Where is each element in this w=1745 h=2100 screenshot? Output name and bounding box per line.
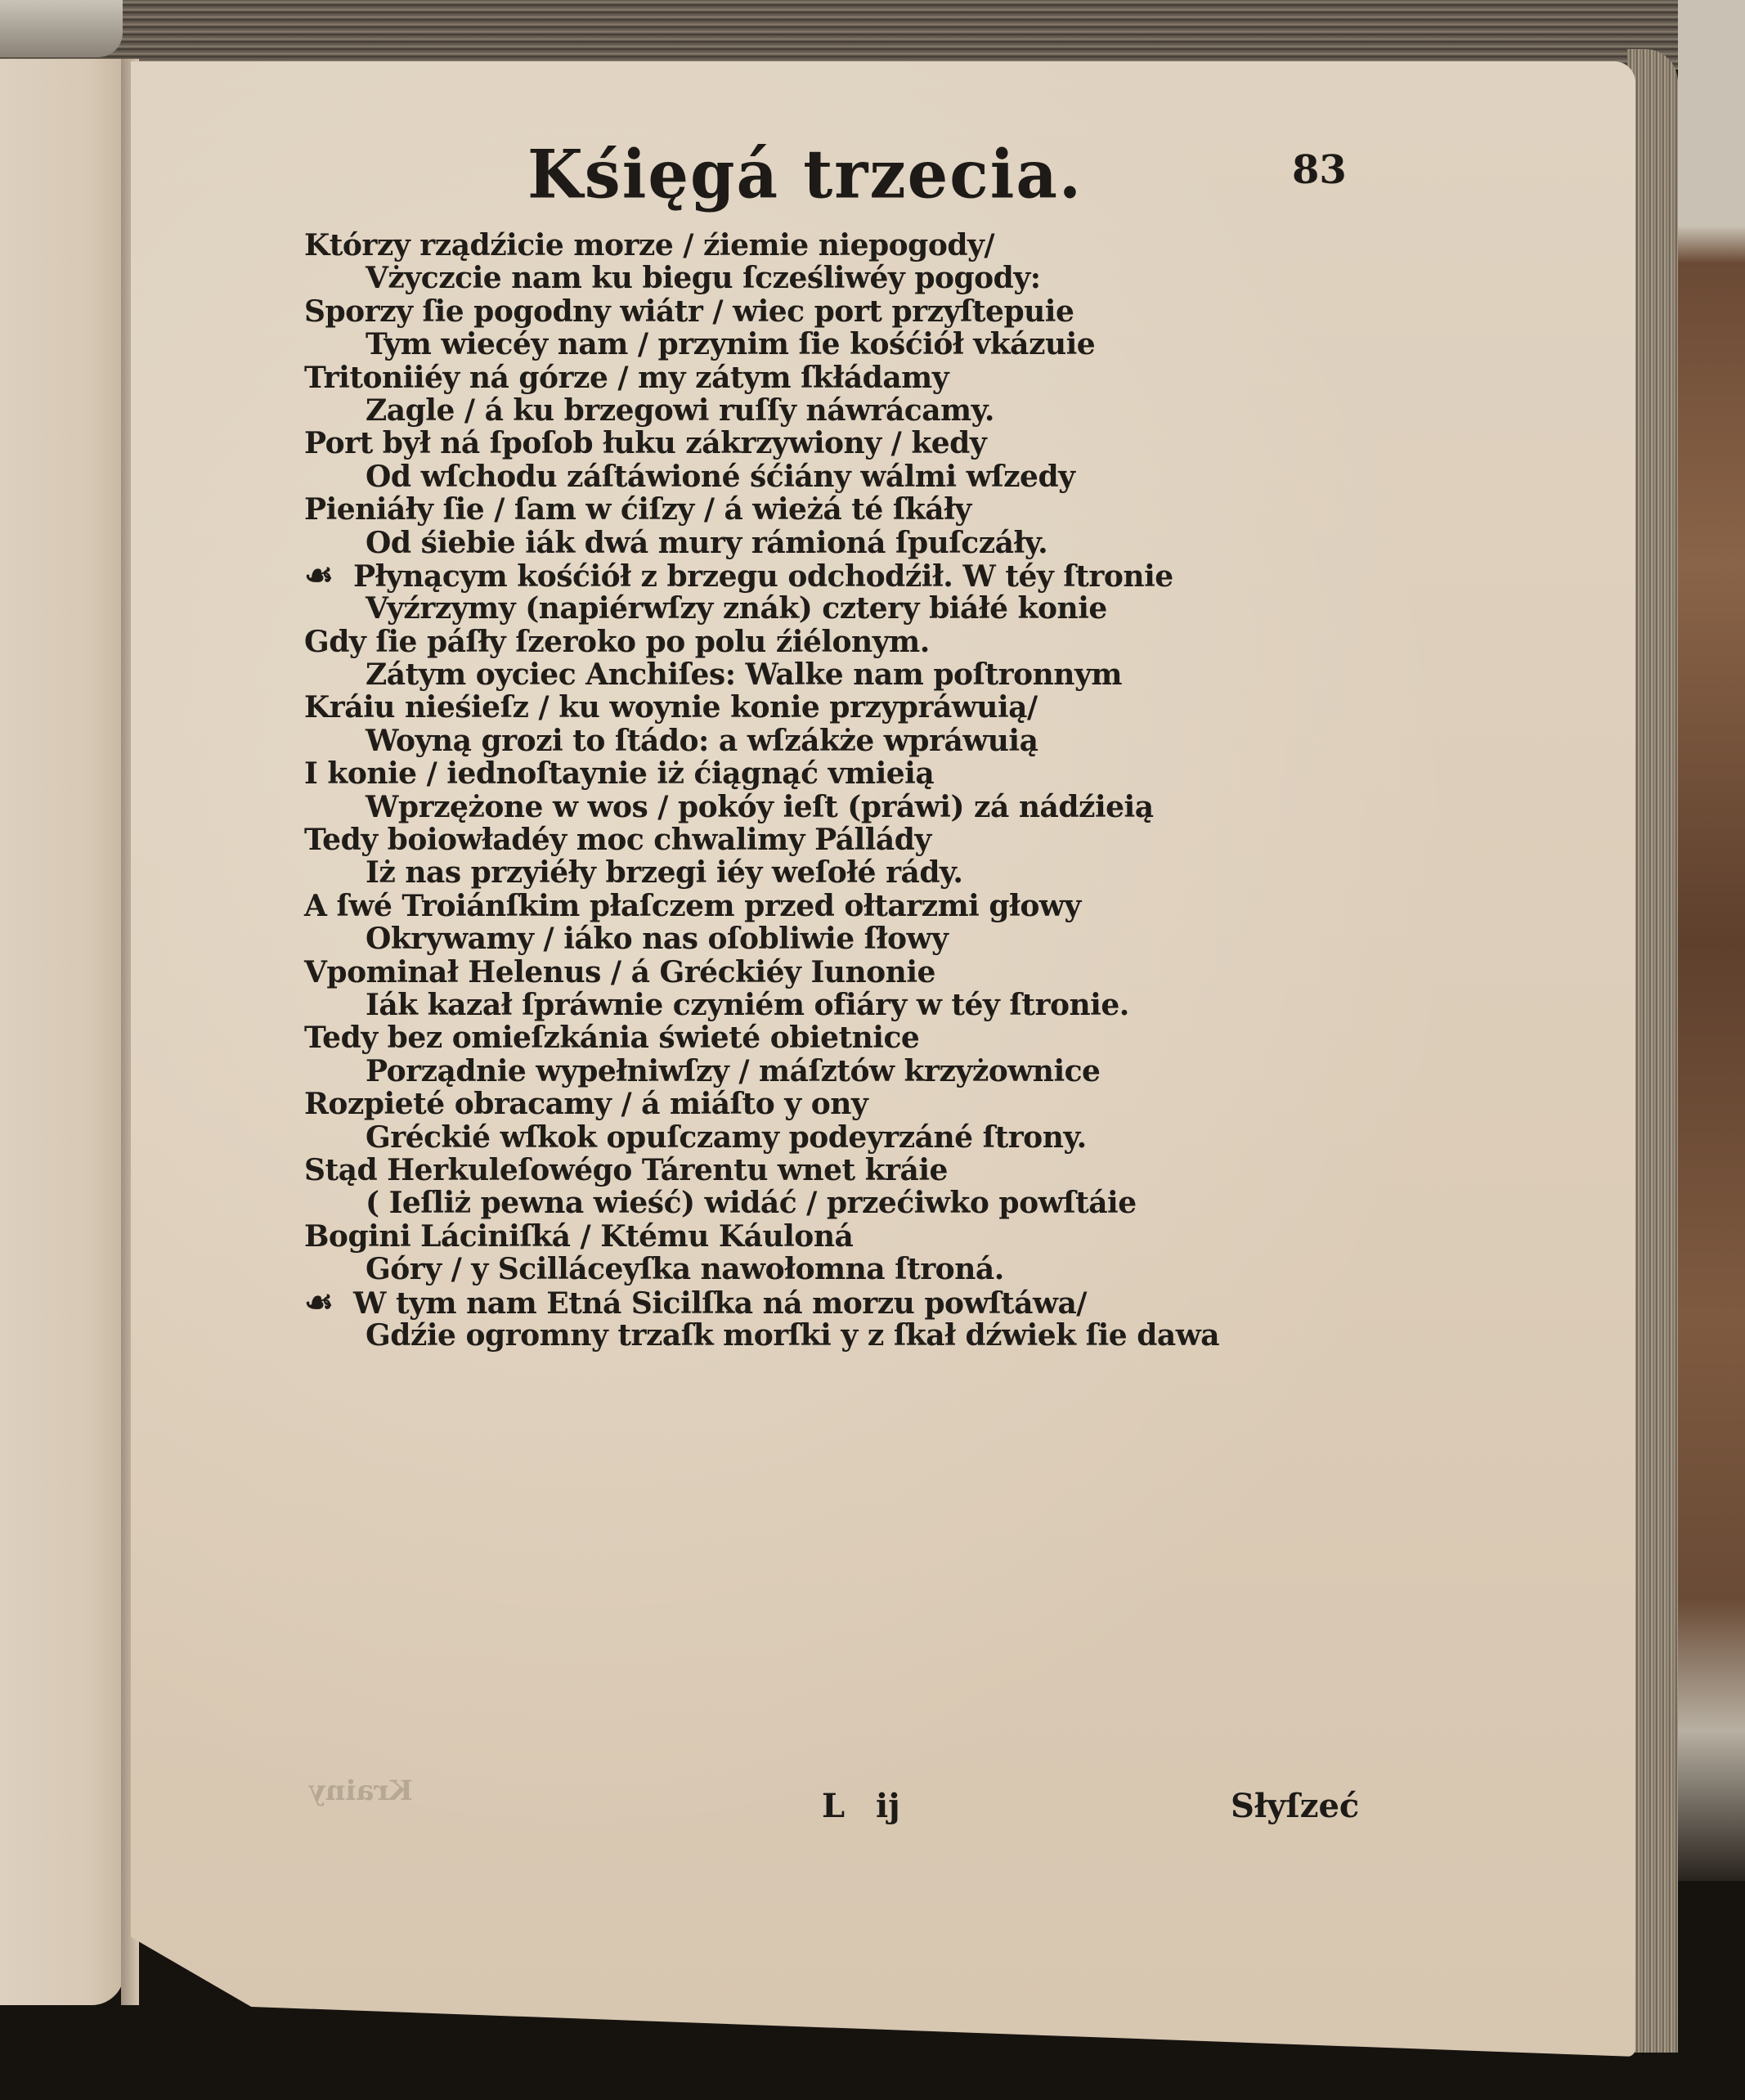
verse-line: Tedy bez omieſzkánia świeté obietnice (304, 1021, 1498, 1054)
book-top-edge (0, 0, 1745, 70)
verse-line: Vpominał Helenus / á Gréckiéy Iunonie (304, 956, 1498, 989)
verse-line: Którzy rządźicie morze / źiemie niepogod… (304, 229, 1498, 262)
show-through-text: Krainy (309, 1775, 413, 1807)
verse-line-text: Vżyczcie nam ku biegu ſcześliwéy pogody: (366, 261, 1041, 295)
verse-line: Zagle / á ku brzegowi ruſſy náwrácamy. (304, 394, 1498, 427)
verse-line-text: Zagle / á ku brzegowi ruſſy náwrácamy. (366, 393, 994, 428)
verse-line-text: Stąd Herkuleſowégo Tárentu wnet kráie (304, 1153, 948, 1187)
verse-line: Kráiu nieśieſz / ku woynie konie przyprá… (304, 691, 1498, 724)
verse-line-text: Od wſchodu záſtáwioné śćiány wálmi wſzed… (366, 460, 1075, 494)
verse-line-text: ( Ieſliż pewna wieść) widáć / przećiwko … (366, 1186, 1137, 1220)
verse-line-text: Kráiu nieśieſz / ku woynie konie przyprá… (304, 690, 1038, 725)
verse-line-text: Port był ná ſpoſob łuku zákrzywiony / ke… (304, 426, 986, 460)
verse-line-text: Sporzy ſie pogodny wiátr / wiec port prz… (304, 294, 1074, 329)
pilcrow-icon: ☙ (304, 559, 353, 592)
book-top-edge-left (0, 0, 123, 57)
verse-line-text: Gdy ſie páſły ſzeroko po polu źiélonym. (304, 625, 930, 659)
verse-line-text: Vyźrzymy (napiérwſzy znák) cztery biáłé … (366, 591, 1107, 626)
verse-line: Vyźrzymy (napiérwſzy znák) cztery biáłé … (304, 592, 1498, 625)
verse-line: Iák kazał ſpráwnie czyniém ofiáry w téy … (304, 989, 1498, 1021)
verse-line-text: Tym wiecéy nam / przynim ſie kośćiół vká… (366, 327, 1095, 361)
verse-line: Gdy ſie páſły ſzeroko po polu źiélonym. (304, 626, 1498, 658)
verse-line: Pieniáły ſie / ſam w ćiſzy / á wieżá té … (304, 493, 1498, 526)
page-number: 83 (1292, 147, 1347, 193)
verse-line: Sporzy ſie pogodny wiátr / wiec port prz… (304, 295, 1498, 328)
verse-line-text: Tedy boiowładéy moc chwalimy Pállády (304, 823, 931, 857)
verse-line: Od śiebie iák dwá mury rámioná ſpuſczáły… (304, 527, 1498, 559)
verse-line: ( Ieſliż pewna wieść) widáć / przećiwko … (304, 1187, 1498, 1219)
verse-line-text: A ſwé Troiánſkim płaſczem przed ołtarzmi… (304, 889, 1081, 923)
verse-line-text: Tedy bez omieſzkánia świeté obietnice (304, 1021, 919, 1055)
verse-line: Wprzężone w wos / pokóy ieſt (práwi) zá … (304, 791, 1498, 823)
verse-line-text: Iż nas przyiéły brzegi iéy weſołé rády. (366, 855, 962, 890)
verse-line: ☙Płynącym kośćiół z brzegu odchodźił. W … (304, 559, 1498, 592)
verse-line: Iż nas przyiéły brzegi iéy weſołé rády. (304, 856, 1498, 889)
verse-line: Rozpieté obracamy / á miáſto y ony (304, 1088, 1498, 1120)
verse-line: ☙W tym nam Etná Sicilſka ná morzu powſtá… (304, 1286, 1498, 1319)
verse-line: Gréckié wſkok opuſczamy podeyrzáné ſtron… (304, 1121, 1498, 1154)
catchword: Słyſzeć (1231, 1787, 1359, 1825)
verse-line: A ſwé Troiánſkim płaſczem przed ołtarzmi… (304, 890, 1498, 922)
verse-line-text: Gréckié wſkok opuſczamy podeyrzáné ſtron… (366, 1120, 1087, 1155)
verse-line: Od wſchodu záſtáwioné śćiány wálmi wſzed… (304, 460, 1498, 493)
verse-line: Porządnie wypełniwſzy / máſztów krzyżown… (304, 1055, 1498, 1088)
verse-line: Gdźie ogromny trzaſk morſki y z ſkał dźw… (304, 1319, 1498, 1352)
verse-line-text: Zátym oyciec Anchiſes: Walke nam poſtron… (366, 657, 1122, 692)
verse-line: Zátym oyciec Anchiſes: Walke nam poſtron… (304, 658, 1498, 691)
verse-line-text: Rozpieté obracamy / á miáſto y ony (304, 1087, 868, 1121)
signature-mark: L ij (822, 1787, 900, 1825)
verse-line: Vżyczcie nam ku biegu ſcześliwéy pogody: (304, 262, 1498, 294)
verse-line-text: Woyną grozi to ſtádo: a wſzákże wpráwuią (366, 724, 1038, 758)
verse-line: Bogini Láciniſká / Ktému Káuloná (304, 1220, 1498, 1253)
verse-line: Woyną grozi to ſtádo: a wſzákże wpráwuią (304, 725, 1498, 757)
verse-line-text: Od śiebie iák dwá mury rámioná ſpuſczáły… (366, 526, 1047, 560)
verse-line-text: Porządnie wypełniwſzy / máſztów krzyżown… (366, 1054, 1100, 1088)
book-binding (1678, 0, 1745, 1881)
verse-line: Góry / y Scilláceyſka nawołomna ſtroná. (304, 1253, 1498, 1286)
verse-line: Stąd Herkuleſowégo Tárentu wnet kráie (304, 1154, 1498, 1187)
verse-line-text: Okrywamy / iáko nas oſobliwie ſłowy (366, 922, 948, 956)
verse-line-text: Którzy rządźicie morze / źiemie niepogod… (304, 228, 994, 262)
left-facing-page (0, 59, 124, 2005)
verse-line-text: W tym nam Etná Sicilſka ná morzu powſtáw… (353, 1286, 1087, 1321)
verse-line-text: Tritoniiéy ná górze / my zátym ſkłádamy (304, 361, 949, 395)
verse-line: Tym wiecéy nam / przynim ſie kośćiół vká… (304, 328, 1498, 361)
verse-line-text: Bogini Láciniſká / Ktému Káuloná (304, 1219, 853, 1254)
verse-line-text: Pieniáły ſie / ſam w ćiſzy / á wieżá té … (304, 492, 971, 527)
verse-line: Tritoniiéy ná górze / my zátym ſkłádamy (304, 361, 1498, 394)
verse-line: Okrywamy / iáko nas oſobliwie ſłowy (304, 922, 1498, 955)
verse-line-text: Wprzężone w wos / pokóy ieſt (práwi) zá … (366, 790, 1154, 824)
verse-line: Port był ná ſpoſob łuku zákrzywiony / ke… (304, 427, 1498, 460)
verse-line-text: Gdźie ogromny trzaſk morſki y z ſkał dźw… (366, 1318, 1219, 1353)
verse-line: I konie / iednoſtaynie iż ćiągnąć vmieią (304, 757, 1498, 790)
verse-line: Tedy boiowładéy moc chwalimy Pállády (304, 823, 1498, 856)
running-head: Kśięgá trzecia. (527, 136, 1083, 214)
verse-line-text: I konie / iednoſtaynie iż ćiągnąć vmieią (304, 756, 934, 791)
verse-line-text: Vpominał Helenus / á Gréckiéy Iunonie (304, 955, 935, 989)
verse-line-text: Iák kazał ſpráwnie czyniém ofiáry w téy … (366, 988, 1129, 1022)
pilcrow-icon: ☙ (304, 1286, 353, 1319)
verse-line-text: Góry / y Scilláceyſka nawołomna ſtroná. (366, 1252, 1004, 1286)
verse-line-text: Płynącym kośćiół z brzegu odchodźił. W t… (353, 559, 1173, 594)
verse-block: Którzy rządźicie morze / źiemie niepogod… (304, 229, 1498, 1352)
